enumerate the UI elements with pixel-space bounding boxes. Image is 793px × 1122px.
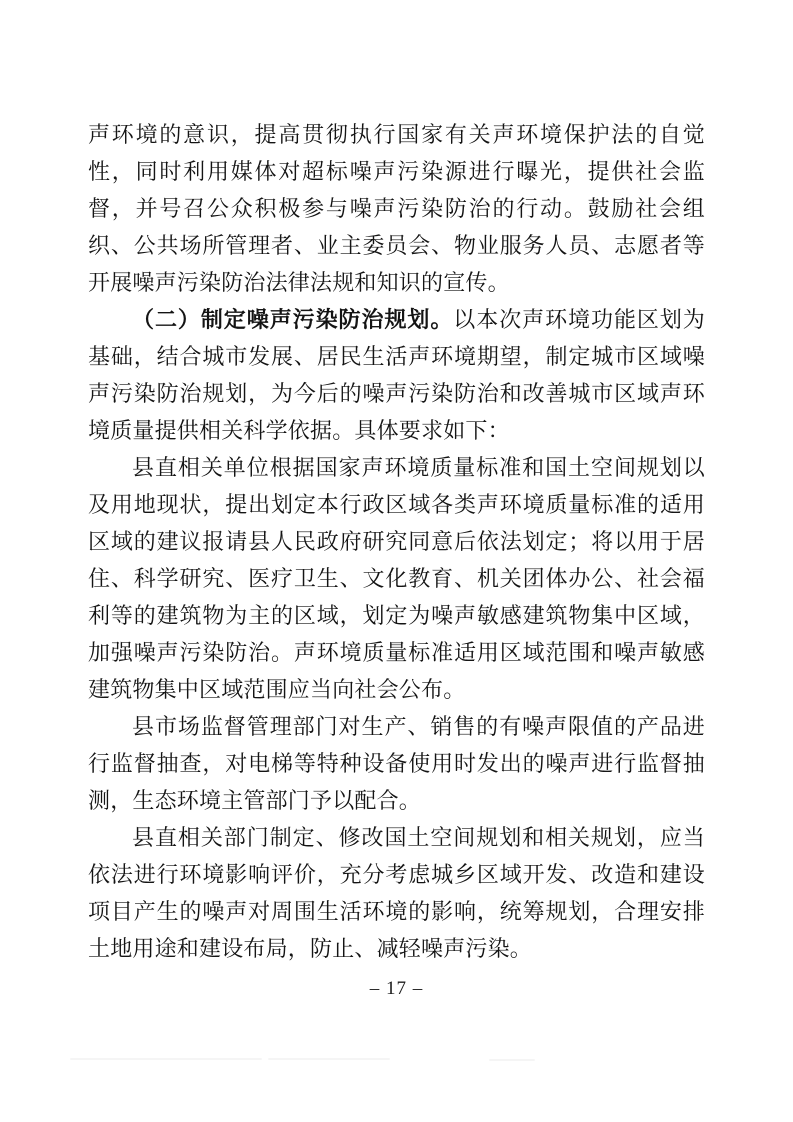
paragraph-5: 县直相关部门制定、修改国土空间规划和相关规划，应当依法进行环境影响评价，充分考虑…: [88, 819, 705, 967]
scan-artifact-line: [70, 1058, 262, 1060]
paragraph-3: 县直相关单位根据国家声环境质量标准和国土空间规划以及用地现状，提出划定本行政区域…: [88, 449, 705, 708]
paragraph-continuation: 声环境的意识，提高贯彻执行国家有关声环境保护法的自觉性，同时利用媒体对超标噪声污…: [88, 116, 705, 301]
paragraph-text: 县市场监督管理部门对生产、销售的有噪声限值的产品进行监督抽查，对电梯等特种设备使…: [88, 714, 705, 813]
paragraph-section-2: （二）制定噪声污染防治规划。以本次声环境功能区划为基础，结合城市发展、居民生活声…: [88, 301, 705, 449]
paragraph-text: 县直相关单位根据国家声环境质量标准和国土空间规划以及用地现状，提出划定本行政区域…: [88, 455, 705, 702]
paragraph-4: 县市场监督管理部门对生产、销售的有噪声限值的产品进行监督抽查，对电梯等特种设备使…: [88, 708, 705, 819]
paragraph-text: 声环境的意识，提高贯彻执行国家有关声环境保护法的自觉性，同时利用媒体对超标噪声污…: [88, 122, 705, 295]
section-heading-bold: （二）制定噪声污染防治规划。: [132, 307, 453, 332]
paragraph-text: 县直相关部门制定、修改国土空间规划和相关规划，应当依法进行环境影响评价，充分考虑…: [88, 825, 705, 961]
document-body: 声环境的意识，提高贯彻执行国家有关声环境保护法的自觉性，同时利用媒体对超标噪声污…: [88, 116, 705, 967]
scan-artifact-line: [268, 1058, 390, 1060]
document-page: 声环境的意识，提高贯彻执行国家有关声环境保护法的自觉性，同时利用媒体对超标噪声污…: [0, 0, 793, 1122]
scan-artifact-line: [489, 1059, 535, 1061]
page-number: – 17 –: [88, 978, 705, 1000]
